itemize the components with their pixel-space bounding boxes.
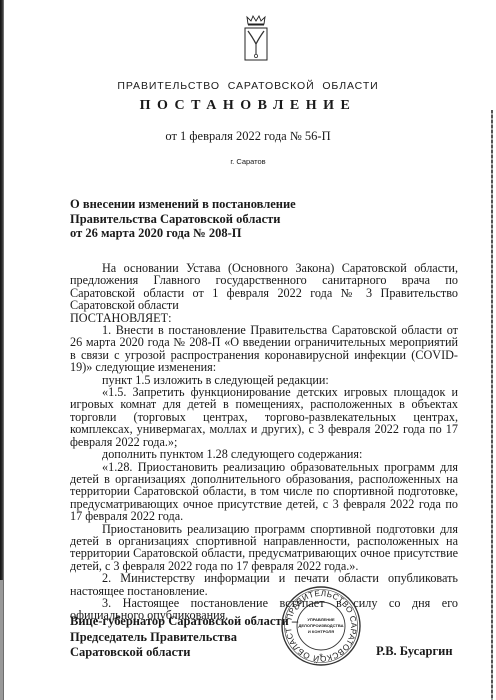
body-paragraph: «1.28. Приостановить реализацию образова… — [70, 461, 458, 523]
stamp-star: * — [319, 652, 323, 662]
official-stamp-icon: ПРАВИТЕЛЬСТВО САРАТОВСКОЙ ОБЛАСТИ УПРАВЛ… — [280, 585, 362, 667]
subject-line: О внесении изменений в постановление — [70, 197, 330, 212]
stamp-inner-line: И КОНТРОЛЯ — [308, 629, 334, 634]
body-paragraph: 2. Министерству информации и печати обла… — [70, 572, 458, 597]
body-paragraph: Приостановить реализацию программ спорти… — [70, 523, 458, 573]
body-paragraph: «1.5. Запретить функционирование детских… — [70, 386, 458, 448]
subject-line: от 26 марта 2020 года № 208-П — [70, 226, 330, 241]
signatory-name: Р.В. Бусаргин — [376, 644, 453, 659]
signatory-position-line: Вице-губернатор Саратовской области – — [70, 614, 310, 630]
document-city: г. Саратов — [0, 157, 496, 166]
document-subject: О внесении изменений в постановление Пра… — [70, 197, 330, 241]
subject-line: Правительства Саратовской области — [70, 212, 330, 227]
stamp-inner-line: УПРАВЛЕНИЕ — [307, 617, 335, 622]
government-name: ПРАВИТЕЛЬСТВО САРАТОВСКОЙ ОБЛАСТИ — [0, 80, 496, 92]
body-paragraph: дополнить пунктом 1.28 следующего содерж… — [70, 448, 458, 460]
signatory-position-line: Председатель Правительства — [70, 630, 310, 646]
signatory-position-line: Саратовской области — [70, 645, 310, 661]
body-paragraph: На основании Устава (Основного Закона) С… — [70, 262, 458, 312]
coat-of-arms-icon — [243, 14, 269, 64]
signatory-position: Вице-губернатор Саратовской области – Пр… — [70, 614, 310, 661]
scan-left-edge-lower — [0, 580, 3, 700]
scan-right-edge — [491, 110, 493, 700]
document-type: ПОСТАНОВЛЕНИЕ — [0, 98, 496, 114]
body-paragraph: 1. Внести в постановление Правительства … — [70, 324, 458, 374]
stamp-inner-line: ДЕЛОПРОИЗВОДСТВА — [299, 623, 344, 628]
document-date-number: от 1 февраля 2022 года № 56-П — [0, 129, 496, 144]
document-body: На основании Устава (Основного Закона) С… — [70, 262, 458, 622]
